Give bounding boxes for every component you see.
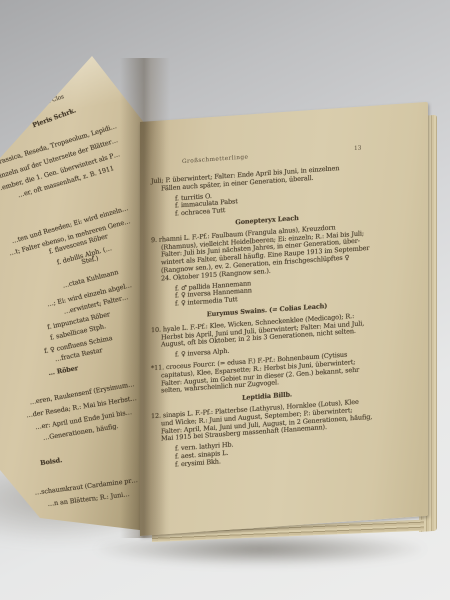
page-fragment: … Röber xyxy=(48,364,79,377)
page-fragment: A. Clos xyxy=(44,94,65,106)
right-page-text: Juli; P. überwintert; Falter: Ende April… xyxy=(151,162,383,475)
page-fragment: Pieris Schrk. xyxy=(32,106,78,129)
page-number: 13 xyxy=(354,146,361,153)
left-page: A. ClosPieris Schrk.Brassica, Reseda, Tr… xyxy=(0,52,156,532)
right-page: Großschmetterlinge 13 Juli; P. überwinte… xyxy=(140,102,428,536)
running-head-title: Großschmetterlinge xyxy=(182,154,248,165)
page-fragment: Boisd. xyxy=(39,456,62,467)
book-photo: A. ClosPieris Schrk.Brassica, Reseda, Tr… xyxy=(0,0,450,600)
